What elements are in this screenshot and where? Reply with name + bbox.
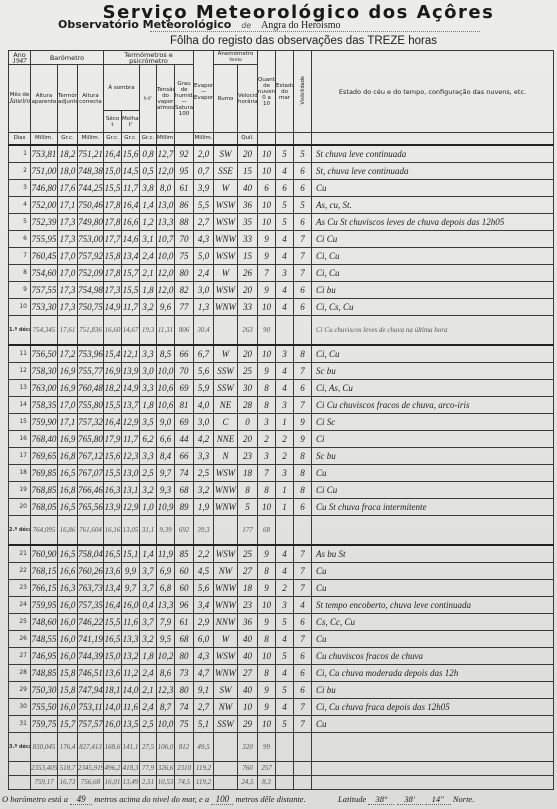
dif-cell: 1,0 <box>140 498 157 515</box>
molh-cell: 11,6 <box>122 698 140 715</box>
latitude-suffix: Norte. <box>453 794 475 804</box>
mar-sum <box>276 515 294 545</box>
sky-remark: As bu St <box>312 545 554 563</box>
alt-ap-cell: 759,90 <box>31 413 58 430</box>
evap-sum: 39,3 <box>194 515 214 545</box>
tens-sum: 106,0 <box>157 732 175 761</box>
dif-cell: 3,1 <box>140 230 157 247</box>
alt-ap-cell: 768,05 <box>31 498 58 515</box>
molh-cell: 14,0 <box>122 681 140 698</box>
latitude-minutes: 38' <box>397 794 423 805</box>
alt_ap-sum: 754,345 <box>31 315 58 345</box>
tens-sum: 11,31 <box>157 315 175 345</box>
seco-sum: 168,6 <box>104 732 122 761</box>
molh-cell: 15,5 <box>122 281 140 298</box>
day-number: 6 <box>9 230 31 247</box>
seco-total: 16,01 <box>104 775 122 789</box>
alt-ap-cell: 748,55 <box>31 630 58 647</box>
dif-cell: 2,1 <box>140 264 157 281</box>
mar-cell: 5 <box>276 196 294 213</box>
tens-cell: 6,6 <box>157 430 175 447</box>
hum-cell: 73 <box>175 664 194 681</box>
sky-remark: As, cu, St. <box>312 196 554 213</box>
unit: Gr.c. <box>122 133 140 145</box>
seco-cell: 17,7 <box>104 230 122 247</box>
table-row: 28748,8515,8746,5113,611,22,48,6734,7WNW… <box>9 664 554 681</box>
vis-cell: 6 <box>294 498 312 515</box>
mar-cell: 5 <box>276 213 294 230</box>
dif-cell: 3,7 <box>140 613 157 630</box>
table-row: 27746,9516,0744,3915,013,21,810,2804,3WS… <box>9 647 554 664</box>
hum-cell: 81 <box>175 396 194 413</box>
term-cell: 17,0 <box>58 247 78 264</box>
dif-cell: 1,8 <box>140 396 157 413</box>
term-cell: 18,0 <box>58 162 78 179</box>
alt-ap-cell: 769,85 <box>31 464 58 481</box>
rumo-cell: W <box>214 345 238 363</box>
seco-cell: 15,6 <box>104 447 122 464</box>
dif-total: 77,9 <box>140 761 157 775</box>
vis-cell: 7 <box>294 579 312 596</box>
seco-cell: 16,4 <box>104 413 122 430</box>
nuv-cell: 8 <box>258 630 276 647</box>
tens-cell: 9,0 <box>157 413 175 430</box>
alt-cor-cell: 760,26 <box>78 562 104 579</box>
tens-cell: 10,2 <box>157 647 175 664</box>
rumo-cell: SSW <box>214 715 238 732</box>
molh-cell: 13,1 <box>122 481 140 498</box>
unit: Millim. <box>194 133 214 145</box>
term-cell: 16,5 <box>58 545 78 563</box>
tens-cell: 8,6 <box>157 664 175 681</box>
alt-cor-cell: 753,00 <box>78 230 104 247</box>
dif-cell: 3,0 <box>140 362 157 379</box>
alt-cor-cell: 750,46 <box>78 196 104 213</box>
seco-cell: 13,4 <box>104 579 122 596</box>
decade-label: 2.ª década <box>9 515 31 545</box>
day-number: 5 <box>9 213 31 230</box>
tens-cell: 12,0 <box>157 264 175 281</box>
nuv-cell: 10 <box>258 162 276 179</box>
rumo-cell: NE <box>214 396 238 413</box>
rumo-cell: WNW <box>214 481 238 498</box>
molh-cell: 12,1 <box>122 345 140 363</box>
sky-remark: St tempo encoberto, chuva leve continuad… <box>312 596 554 613</box>
nuv-cell: 10 <box>258 498 276 515</box>
day-number: 22 <box>9 562 31 579</box>
alt_cor-total: 2345,919 <box>78 761 104 775</box>
day-number: 8 <box>9 264 31 281</box>
mar-sum <box>276 315 294 345</box>
alt-ap-cell: 768,40 <box>31 430 58 447</box>
tens-sum: 9,39 <box>157 515 175 545</box>
term-cell: 16,0 <box>58 698 78 715</box>
dif-cell: 1,4 <box>140 196 157 213</box>
vis-cell: 7 <box>294 396 312 413</box>
seco-cell: 16,0 <box>104 715 122 732</box>
rumo-cell: WSW <box>214 247 238 264</box>
day-number: 10 <box>9 298 31 315</box>
vis-cell: 8 <box>294 345 312 363</box>
nuv-sum: 99 <box>258 732 276 761</box>
dif-cell: 2,4 <box>140 698 157 715</box>
alt-cor-cell: 757,57 <box>78 715 104 732</box>
term-cell: 17,0 <box>58 264 78 281</box>
nuv-cell: 8 <box>258 379 276 396</box>
hum-sum: 812 <box>175 732 194 761</box>
vel-cell: 23 <box>238 447 258 464</box>
tens-cell: 10,0 <box>157 715 175 732</box>
alt_cor-sum: 761,604 <box>78 515 104 545</box>
unit <box>258 133 276 145</box>
alt-ap-cell: 759,75 <box>31 715 58 732</box>
alt-cor-cell: 766,46 <box>78 481 104 498</box>
rumo-total <box>214 761 238 775</box>
alt-ap-cell: 746,80 <box>31 179 58 196</box>
alt-cor-cell: 758,04 <box>78 545 104 563</box>
term-cell: 16,0 <box>58 613 78 630</box>
alt-ap-cell: 754,60 <box>31 264 58 281</box>
vis-cell: 6 <box>294 681 312 698</box>
sky-remark: Ci, Cu <box>312 264 554 281</box>
vis-cell: 5 <box>294 145 312 163</box>
tens-cell: 9,6 <box>157 298 175 315</box>
day-number: 15 <box>9 413 31 430</box>
table-row: 11756,5017,2753,9615,412,13,38,5666,7W20… <box>9 345 554 363</box>
observatory-label: Observatório Meteorológico <box>58 18 231 31</box>
vel-total: 760 <box>238 761 258 775</box>
term-cell: 17,1 <box>58 413 78 430</box>
dry-bulb-header: Sêco t <box>104 111 122 133</box>
nuv-cell: 9 <box>258 247 276 264</box>
vel-cell: 35 <box>238 213 258 230</box>
molh-cell: 13,3 <box>122 630 140 647</box>
observatory-place: Angra do Heroismo <box>261 20 340 31</box>
rumo-cell: W <box>214 630 238 647</box>
dif-cell: 0,8 <box>140 145 157 163</box>
nuv-cell: 9 <box>258 281 276 298</box>
seco-cell: 18,2 <box>104 379 122 396</box>
attached-thermometer-header: Termómetro adjunto <box>58 65 78 133</box>
day-number: 23 <box>9 579 31 596</box>
rumo-cell: WSW <box>214 281 238 298</box>
evap-cell: 3,4 <box>194 596 214 613</box>
hum-cell: 86 <box>175 196 194 213</box>
vis-cell: 6 <box>294 613 312 630</box>
alt_cor-total: 756,68 <box>78 775 104 789</box>
alt_ap-total: 2353,405 <box>31 761 58 775</box>
rumo-cell: WSW <box>214 196 238 213</box>
day-number: 9 <box>9 281 31 298</box>
sheet-title: Fôlha do registo das observações das TRE… <box>0 35 557 47</box>
table-row: 31759,7515,7757,5716,013,52,510,0755,1SS… <box>9 715 554 732</box>
remark-total <box>312 775 554 789</box>
hum-cell: 66 <box>175 345 194 363</box>
alt-cor-cell: 765,80 <box>78 430 104 447</box>
vis-cell: 7 <box>294 698 312 715</box>
unit: Millim. <box>157 133 175 145</box>
vis-cell: 6 <box>294 179 312 196</box>
term-cell: 16,5 <box>58 464 78 481</box>
vel-cell: 26 <box>238 264 258 281</box>
thermometers-header: Termómetros e psicrómetro <box>104 51 194 65</box>
term-cell: 16,6 <box>58 562 78 579</box>
hum-cell: 75 <box>175 715 194 732</box>
dif-cell: 1,4 <box>140 545 157 563</box>
seco-cell: 16,4 <box>104 596 122 613</box>
alt-ap-cell: 751,00 <box>31 162 58 179</box>
molh-cell: 11,2 <box>122 664 140 681</box>
unit <box>175 133 194 145</box>
term-cell: 16,0 <box>58 630 78 647</box>
dif-cell: 0,5 <box>140 162 157 179</box>
rumo-cell: WSW <box>214 545 238 563</box>
sky-remark: Ci Cu chuviscos fracos de chuva, arco-ir… <box>312 396 554 413</box>
seco-cell: 14,0 <box>104 698 122 715</box>
molh-cell: 9,7 <box>122 579 140 596</box>
hum-cell: 68 <box>175 481 194 498</box>
dif-cell: 2,4 <box>140 247 157 264</box>
molh-sum: 13,05 <box>122 515 140 545</box>
alt-ap-cell: 768,85 <box>31 481 58 498</box>
table-row: 4752,0017,1750,4617,816,41,413,0865,5WSW… <box>9 196 554 213</box>
term-cell: 16,8 <box>58 481 78 498</box>
alt-ap-cell: 757,55 <box>31 281 58 298</box>
vel-cell: 0 <box>238 413 258 430</box>
term-cell: 18,2 <box>58 145 78 163</box>
vel-cell: 33 <box>238 298 258 315</box>
sky-remark: Ci, Cu chuva moderada depois das 12h <box>312 664 554 681</box>
sky-remark: Ci Cu <box>312 481 554 498</box>
alt-ap-cell: 748,60 <box>31 613 58 630</box>
day-number: 19 <box>9 481 31 498</box>
vis-cell: 7 <box>294 562 312 579</box>
evap-cell: 2,0 <box>194 145 214 163</box>
sky-remark: Cu <box>312 715 554 732</box>
vel-cell: 33 <box>238 230 258 247</box>
term-cell: 17,1 <box>58 196 78 213</box>
evap-cell: 4,3 <box>194 647 214 664</box>
term-cell: 17,3 <box>58 298 78 315</box>
table-row: 2751,0018,0748,3815,014,50,512,0950,7SSE… <box>9 162 554 179</box>
alt_cor-sum: 827,413 <box>78 732 104 761</box>
day-number: 7 <box>9 247 31 264</box>
nuv-cell: 9 <box>258 230 276 247</box>
rumo-cell: W <box>214 179 238 196</box>
vel-cell: 36 <box>238 196 258 213</box>
day-number: 12 <box>9 362 31 379</box>
observatory-line: Observatório Meteorológico de Angra do H… <box>58 18 341 31</box>
vis-cell: 9 <box>294 430 312 447</box>
rumo-sum <box>214 315 238 345</box>
evap-cell: 3,0 <box>194 413 214 430</box>
alt-cor-cell: 757,35 <box>78 596 104 613</box>
latitude-note: Latitude 38° 38' 14" Norte. <box>338 794 474 805</box>
evap-cell: 9,1 <box>194 681 214 698</box>
decade-summary-row: 3.ª década830,045176,4827,413168,6141,12… <box>9 732 554 761</box>
hum-cell: 80 <box>175 681 194 698</box>
hum-cell: 66 <box>175 447 194 464</box>
rumo-cell: SSW <box>214 379 238 396</box>
visibility-header: Visibilidade <box>294 51 312 133</box>
nuv-cell: 7 <box>258 264 276 281</box>
rumo-sum <box>214 515 238 545</box>
evap-cell: 5,1 <box>194 715 214 732</box>
molh-cell: 12,3 <box>122 447 140 464</box>
hum-cell: 69 <box>175 379 194 396</box>
molh-cell: 14,5 <box>122 162 140 179</box>
term-sum: 16,86 <box>58 515 78 545</box>
molh-cell: 13,0 <box>122 464 140 481</box>
evap-cell: 5,9 <box>194 379 214 396</box>
barometer-distance: 100 <box>211 794 233 805</box>
hum-total: 74,5 <box>175 775 194 789</box>
alt-cor-cell: 754,98 <box>78 281 104 298</box>
day-number: 16 <box>9 430 31 447</box>
molh-sum: 14,67 <box>122 315 140 345</box>
seco-cell: 17,9 <box>104 430 122 447</box>
hum-sum: 692 <box>175 515 194 545</box>
dif-cell: 3,3 <box>140 345 157 363</box>
hum-cell: 60 <box>175 562 194 579</box>
molh-cell: 16,6 <box>122 213 140 230</box>
table-row: 9757,5517,3754,9817,315,51,812,0823,0WSW… <box>9 281 554 298</box>
mar-cell: 1 <box>276 498 294 515</box>
seco-cell: 13,9 <box>104 498 122 515</box>
day-number: 13 <box>9 379 31 396</box>
evap-cell: 6,7 <box>194 345 214 363</box>
dif-cell: 3,2 <box>140 298 157 315</box>
hum-cell: 82 <box>175 281 194 298</box>
seco-cell: 15,8 <box>104 247 122 264</box>
unit <box>276 133 294 145</box>
mar-cell: 6 <box>276 179 294 196</box>
hum-cell: 61 <box>175 179 194 196</box>
alt-cor-cell: 760,48 <box>78 379 104 396</box>
dif-cell: 3,5 <box>140 413 157 430</box>
unit <box>312 133 554 145</box>
sky-remark: St chuva leve continuada <box>312 145 554 163</box>
tens-cell: 10,0 <box>157 362 175 379</box>
term-cell: 16,9 <box>58 379 78 396</box>
tens-cell: 13,3 <box>157 213 175 230</box>
vis-cell: 6 <box>294 379 312 396</box>
footer-text: metros acima do nivel do mar, e a <box>94 794 209 804</box>
vis-cell: 7 <box>294 545 312 563</box>
hum-cell: 74 <box>175 698 194 715</box>
nuv-total: 8,3 <box>258 775 276 789</box>
vis-cell: 7 <box>294 264 312 281</box>
rumo-cell: NW <box>214 698 238 715</box>
tens-cell: 10,7 <box>157 230 175 247</box>
vis-cell: 8 <box>294 481 312 498</box>
dif-cell: 3,8 <box>140 179 157 196</box>
alt_ap-total: 759,17 <box>31 775 58 789</box>
alt-ap-cell: 758,35 <box>31 396 58 413</box>
wet-bulb-header: Molhado t' <box>122 111 140 133</box>
seco-cell: 15,5 <box>104 179 122 196</box>
day-number: 17 <box>9 447 31 464</box>
alt-cor-cell: 750,75 <box>78 298 104 315</box>
vapour-tension-header: Tensão do vapor atmosférico <box>157 65 175 133</box>
alt-ap-cell: 758,30 <box>31 362 58 379</box>
sky-remark: Cu <box>312 179 554 196</box>
vel-cell: 20 <box>238 281 258 298</box>
table-row: 1753,8118,2751,2116,415,60,812,7922,0SW2… <box>9 145 554 163</box>
molh-cell: 11,7 <box>122 298 140 315</box>
sky-remark: Ci, Cu chuva fraca depois das 12h05 <box>312 698 554 715</box>
month-header: Mês deJaneiro <box>9 65 31 133</box>
nuv-cell: 10 <box>258 647 276 664</box>
molh-cell: 15,6 <box>122 145 140 163</box>
nuv-sum: 90 <box>258 315 276 345</box>
seco-cell: 15,5 <box>104 464 122 481</box>
dif-cell: 1,8 <box>140 281 157 298</box>
unit: Quil. <box>238 133 258 145</box>
table-row: 3746,8017,6744,2515,511,73,88,0613,9W406… <box>9 179 554 196</box>
nuv-total: 257 <box>258 761 276 775</box>
evap-cell: 2,7 <box>194 213 214 230</box>
mar-cell: 4 <box>276 247 294 264</box>
nuv-cell: 3 <box>258 413 276 430</box>
dif-cell: 3,3 <box>140 447 157 464</box>
rumo-cell: NNW <box>214 613 238 630</box>
sky-remark: Cu St chuva fraca intermitente <box>312 498 554 515</box>
seco-cell: 17,8 <box>104 264 122 281</box>
nuv-cell: 9 <box>258 698 276 715</box>
term-cell: 16,0 <box>58 596 78 613</box>
vel-cell: 20 <box>238 345 258 363</box>
observation-table: Ano1947 Barómetro Termómetros e psicróme… <box>8 50 554 790</box>
rumo-cell: WNW <box>214 596 238 613</box>
term-total: 16,73 <box>58 775 78 789</box>
molh-cell: 16,4 <box>122 196 140 213</box>
day-number: 27 <box>9 647 31 664</box>
alt_ap-sum: 830,045 <box>31 732 58 761</box>
day-number: 30 <box>9 698 31 715</box>
dif-cell: 3,3 <box>140 379 157 396</box>
evap-cell: 5,6 <box>194 579 214 596</box>
dif-cell: 1,8 <box>140 647 157 664</box>
rumo-total <box>214 775 238 789</box>
rumo-cell: NW <box>214 562 238 579</box>
evap-cell: 3,3 <box>194 447 214 464</box>
mar-cell: 3 <box>276 464 294 481</box>
rumo-cell: WSW <box>214 464 238 481</box>
sea-state-header: Estado do mar <box>276 51 294 133</box>
tens-cell: 11,9 <box>157 545 175 563</box>
alt-cor-cell: 747,94 <box>78 681 104 698</box>
mar-cell: 4 <box>276 698 294 715</box>
vel-cell: 28 <box>238 396 258 413</box>
term-cell: 16,5 <box>58 498 78 515</box>
total-label <box>9 761 31 775</box>
dif-cell: 2,4 <box>140 664 157 681</box>
vel-cell: 27 <box>238 562 258 579</box>
sky-remark: Cu <box>312 562 554 579</box>
rumo-cell: SSW <box>214 362 238 379</box>
seco-cell: 15,5 <box>104 396 122 413</box>
vis-cell: 7 <box>294 247 312 264</box>
seco-cell: 13,6 <box>104 562 122 579</box>
tens-cell: 10,6 <box>157 379 175 396</box>
rumo-cell: N <box>214 447 238 464</box>
observatory-de: de <box>241 21 251 30</box>
observatory-underline <box>150 31 480 32</box>
mar-cell: 5 <box>276 613 294 630</box>
seco-cell: 17,3 <box>104 281 122 298</box>
table-row: 5752,3917,3749,8017,816,61,213,3882,7WSW… <box>9 213 554 230</box>
